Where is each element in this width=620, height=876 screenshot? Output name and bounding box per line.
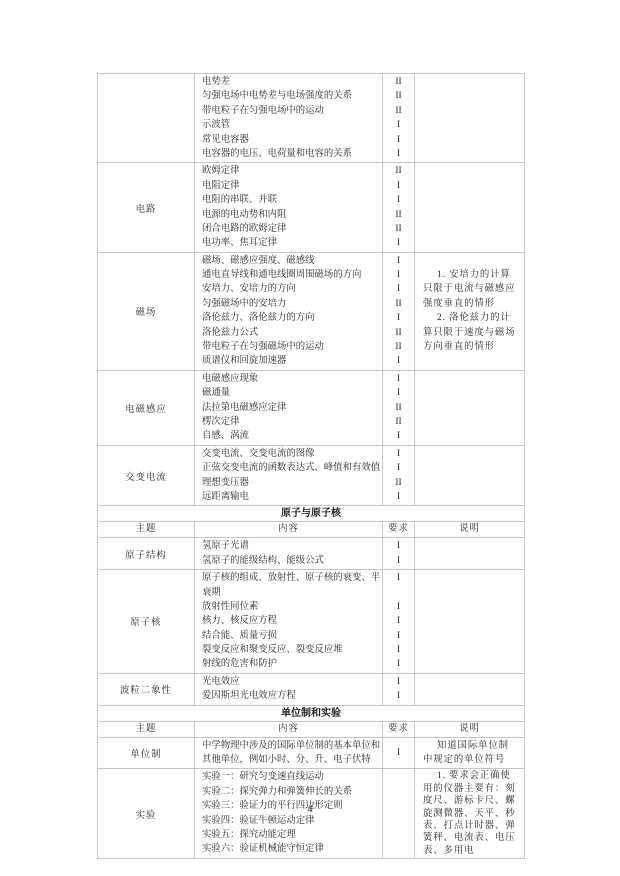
- requirement-value: I: [383, 689, 414, 703]
- note-cell: [414, 570, 524, 673]
- requirement-value: II: [383, 326, 414, 340]
- requirement-cell: I IIIII: [382, 570, 414, 673]
- note-paragraph: 1. 安培力的计算只限于电流与磁感应强度垂直的情形: [423, 268, 519, 311]
- table-header-row: 主题内容要求说明: [98, 721, 524, 737]
- note-cell: 知道国际单位制中规定的单位符号: [414, 738, 524, 769]
- content-line: 中学物理中涉及的国际单位制的基本单位和: [202, 739, 382, 753]
- content-line: 爱因斯坦光电效应方程: [202, 689, 382, 703]
- document-page: 电势差匀强电场中电势差与电场强度的关系带电粒子在匀强电场中的运动示波管常见电容器…: [0, 0, 620, 876]
- topic-cell: 单位制: [98, 738, 194, 769]
- requirement-value: I: [383, 311, 414, 325]
- requirement-value: II: [383, 415, 414, 429]
- content-line: 实验四：验证牛顿运动定律: [202, 814, 382, 828]
- note-cell: [414, 371, 524, 445]
- requirement-value: I: [383, 386, 414, 400]
- content-line: 洛伦兹力、洛伦兹力的方向: [202, 311, 382, 325]
- table-section-电磁感应: 电磁感应电磁感应现象磁通量法拉第电磁感应定律楞次定律自感、涡流IIIIIII: [98, 370, 524, 445]
- table-section-波粒二象性: 波粒二象性光电效应爱因斯坦光电效应方程II: [98, 673, 524, 705]
- content-line: 常见电容器: [202, 133, 382, 147]
- content-line: 通电直导线和通电线圈周围磁场的方向: [202, 268, 382, 282]
- content-line: 安培力、安培力的方向: [202, 282, 382, 296]
- content-cell: 光电效应爱因斯坦光电效应方程: [194, 674, 382, 705]
- requirement-cell: II: [382, 538, 414, 569]
- note-cell: [414, 446, 524, 506]
- requirement-value: II: [383, 208, 414, 222]
- note-cell: [414, 74, 524, 162]
- requirement-value: II: [383, 104, 414, 118]
- note-cell: 1. 安培力的计算只限于电流与磁感应强度垂直的情形2. 洛伦兹力的计算只限于速度…: [414, 253, 524, 370]
- content-line: 衰期: [202, 586, 382, 600]
- requirement-value: [383, 785, 414, 799]
- requirement-value: [383, 586, 414, 600]
- column-header: 内容: [194, 522, 382, 537]
- requirement-value: II: [383, 297, 414, 311]
- requirement-value: I: [383, 372, 414, 386]
- requirement-value: I: [383, 179, 414, 193]
- content-cell: 交变电流、交变电流的图像正弦交变电流的函数表达式、峰值和有效值理想变压器远距离输…: [194, 446, 382, 506]
- requirement-value: [383, 770, 414, 784]
- requirement-value: I: [383, 600, 414, 614]
- content-line: 放射性同位素: [202, 600, 382, 614]
- content-line: 理想变压器: [202, 476, 382, 490]
- requirement-value: II: [383, 401, 414, 415]
- requirement-value: II: [383, 476, 414, 490]
- content-line: 核力、核反应方程: [202, 614, 382, 628]
- content-line: 远距离输电: [202, 490, 382, 504]
- topic-cell: 波粒二象性: [98, 674, 194, 705]
- requirement-value: I: [383, 133, 414, 147]
- requirement-value: I: [383, 236, 414, 250]
- content-line: 电势差: [202, 75, 382, 89]
- table-section-交变电流: 交变电流交变电流、交变电流的图像正弦交变电流的函数表达式、峰值和有效值理想变压器…: [98, 445, 524, 506]
- content-line: 匀强磁场中的安培力: [202, 297, 382, 311]
- content-line: 闭合电路的欧姆定律: [202, 222, 382, 236]
- content-line: 欧姆定律: [202, 164, 382, 178]
- column-header: 主题: [98, 522, 194, 537]
- requirement-cell: IIIIIIIII: [382, 163, 414, 251]
- requirement-value: I: [383, 282, 414, 296]
- requirement-value: II: [383, 222, 414, 236]
- requirement-value: I: [383, 447, 414, 461]
- content-line: 实验六：验证机械能守恒定律: [202, 842, 382, 856]
- content-line: 电阻定律: [202, 179, 382, 193]
- content-line: 磁场、磁感应强度、磁感线: [202, 254, 382, 268]
- requirement-value: I: [383, 539, 414, 553]
- topic-cell: 交变电流: [98, 446, 194, 506]
- requirement-value: II: [383, 75, 414, 89]
- content-line: 磁通量: [202, 386, 382, 400]
- requirement-value: [383, 842, 414, 856]
- topic-cell: 原子结构: [98, 538, 194, 569]
- requirement-value: I: [383, 657, 414, 671]
- requirement-value: [383, 828, 414, 842]
- table-header-row: 主题内容要求说明: [98, 521, 524, 537]
- topic-cell: 电磁感应: [98, 371, 194, 445]
- requirement-cell: II: [382, 674, 414, 705]
- requirement-cell: IIIIIIIII: [382, 74, 414, 162]
- content-line: 法拉第电磁感应定律: [202, 401, 382, 415]
- content-line: 光电效应: [202, 675, 382, 689]
- content-line: 电磁感应现象: [202, 372, 382, 386]
- requirement-cell: IIIIIIIIIII: [382, 253, 414, 370]
- content-cell: 电势差匀强电场中电势差与电场强度的关系带电粒子在匀强电场中的运动示波管常见电容器…: [194, 74, 382, 162]
- table-section: 电势差匀强电场中电势差与电场强度的关系带电粒子在匀强电场中的运动示波管常见电容器…: [98, 74, 524, 162]
- requirement-value: I: [397, 748, 400, 758]
- table-section-电路: 电路欧姆定律电阻定律电阻的串联、并联电源的电动势和内阻闭合电路的欧姆定律电功率、…: [98, 162, 524, 251]
- content-line: 洛伦兹力公式: [202, 326, 382, 340]
- note-paragraph: 知道国际单位制中规定的单位符号: [423, 739, 519, 768]
- table-section-磁场: 磁场磁场、磁感应强度、磁感线通电直导线和通电线圈周围磁场的方向安培力、安培力的方…: [98, 252, 524, 370]
- requirement-value: I: [383, 571, 414, 585]
- requirement-value: I: [383, 554, 414, 568]
- requirement-value: I: [383, 118, 414, 132]
- content-line: 匀强电场中电势差与电场强度的关系: [202, 89, 382, 103]
- content-cell: 欧姆定律电阻定律电阻的串联、并联电源的电动势和内阻闭合电路的欧姆定律电功率、焦耳…: [194, 163, 382, 251]
- requirement-cell: IIIII: [382, 446, 414, 506]
- content-line: 示波管: [202, 118, 382, 132]
- content-cell: 原子核的组成、放射性、原子核的衰变、半衰期放射性同位素核力、核反应方程结合能、质…: [194, 570, 382, 673]
- content-line: 射线的危害和防护: [202, 657, 382, 671]
- table-section-原子结构: 原子结构氢原子光谱氢原子的能级结构、能级公式II: [98, 537, 524, 569]
- content-cell: 氢原子光谱氢原子的能级结构、能级公式: [194, 538, 382, 569]
- requirement-value: II: [383, 164, 414, 178]
- content-line: 氢原子光谱: [202, 539, 382, 553]
- content-line: 电源的电动势和内阻: [202, 208, 382, 222]
- column-header: 说明: [414, 522, 524, 537]
- requirement-value: I: [383, 147, 414, 161]
- requirement-cell: IIIIIII: [382, 371, 414, 445]
- content-line: 电阻的串联、并联: [202, 193, 382, 207]
- content-line: 自感、涡流: [202, 429, 382, 443]
- content-cell: 磁场、磁感应强度、磁感线通电直导线和通电线圈周围磁场的方向安培力、安培力的方向匀…: [194, 253, 382, 370]
- content-line: 楞次定律: [202, 415, 382, 429]
- requirement-cell: I: [382, 738, 414, 769]
- requirement-value: I: [383, 268, 414, 282]
- requirement-value: II: [383, 340, 414, 354]
- note-cell: [414, 674, 524, 705]
- requirement-value: I: [383, 490, 414, 504]
- content-line: 电容器的电压、电荷量和电容的关系: [202, 147, 382, 161]
- content-line: 带电粒子在匀强电场中的运动: [202, 104, 382, 118]
- column-header: 主题: [98, 722, 194, 737]
- content-line: 电功率、焦耳定律: [202, 236, 382, 250]
- column-header: 内容: [194, 722, 382, 737]
- requirement-value: I: [383, 193, 414, 207]
- table-section-原子核: 原子核原子核的组成、放射性、原子核的衰变、半衰期放射性同位素核力、核反应方程结合…: [98, 569, 524, 673]
- note-paragraph: 2. 洛伦兹力的计算只限于速度与磁场方向垂直的情形: [423, 311, 519, 354]
- note-cell: [414, 163, 524, 251]
- requirement-value: II: [383, 89, 414, 103]
- requirement-value: [383, 814, 414, 828]
- content-line: 实验一：研究匀变速直线运动: [202, 770, 382, 784]
- requirement-value: I: [383, 354, 414, 368]
- column-header: 说明: [414, 722, 524, 737]
- content-line: 带电粒子在匀强磁场中的运动: [202, 340, 382, 354]
- content-line: 正弦交变电流的函数表达式、峰值和有效值: [202, 461, 382, 475]
- page-number: 4: [0, 804, 620, 815]
- requirement-value: I: [383, 614, 414, 628]
- requirement-value: I: [383, 675, 414, 689]
- column-header: 要求: [382, 722, 414, 737]
- table-section-单位制: 单位制中学物理中涉及的国际单位制的基本单位和其他单位，例如小时、分、升、电子伏特…: [98, 737, 524, 769]
- content-line: 质谱仪和回旋加速器: [202, 354, 382, 368]
- syllabus-table: 电势差匀强电场中电势差与电场强度的关系带电粒子在匀强电场中的运动示波管常见电容器…: [97, 73, 525, 859]
- requirement-value: I: [383, 643, 414, 657]
- content-line: 结合能、质量亏损: [202, 629, 382, 643]
- content-line: 氢原子的能级结构、能级公式: [202, 554, 382, 568]
- column-header: 要求: [382, 522, 414, 537]
- section-title: 原子与原子核: [98, 505, 524, 521]
- topic-cell: 原子核: [98, 570, 194, 673]
- section-title: 单位制和实验: [98, 705, 524, 721]
- note-cell: [414, 538, 524, 569]
- content-line: 其他单位，例如小时、分、升、电子伏特: [202, 753, 382, 767]
- requirement-value: I: [383, 254, 414, 268]
- content-line: 实验五：探究动能定理: [202, 828, 382, 842]
- content-line: 原子核的组成、放射性、原子核的衰变、半: [202, 571, 382, 585]
- content-line: 实验二：探究弹力和弹簧伸长的关系: [202, 785, 382, 799]
- content-line: 交变电流、交变电流的图像: [202, 447, 382, 461]
- topic-cell: 电路: [98, 163, 194, 251]
- topic-cell: [98, 74, 194, 162]
- requirement-value: I: [383, 461, 414, 475]
- content-cell: 电磁感应现象磁通量法拉第电磁感应定律楞次定律自感、涡流: [194, 371, 382, 445]
- content-cell: 中学物理中涉及的国际单位制的基本单位和其他单位，例如小时、分、升、电子伏特: [194, 738, 382, 769]
- content-line: 裂变反应和聚变反应、裂变反应堆: [202, 643, 382, 657]
- topic-cell: 磁场: [98, 253, 194, 370]
- requirement-value: I: [383, 429, 414, 443]
- requirement-value: I: [383, 629, 414, 643]
